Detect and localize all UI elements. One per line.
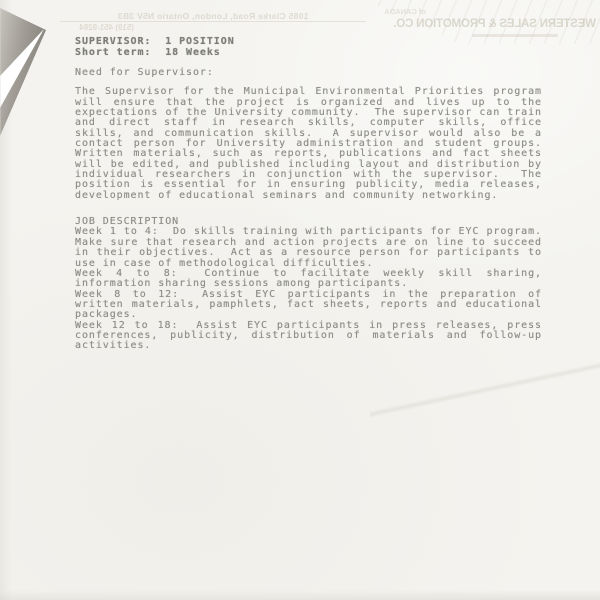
ghost-letterhead-phone: (519) 451-9284 [62,23,134,32]
ghost-letterhead-rule [60,21,366,22]
scanned-document-page: { "paper": { "background_color": "#f4f3e… [0,0,600,600]
ghost-letterhead-country: of CANADA [366,7,426,16]
need-for-supervisor-paragraph: The Supervisor for the Municipal Environ… [75,87,542,201]
typed-text-line: activities. [75,341,542,351]
typed-text-line: written materials, pamphlets, fact sheet… [75,300,542,310]
typed-text-line: information sharing sessions among parti… [75,279,542,289]
typed-document-body: SUPERVISOR: 1 POSITION Short term: 18 We… [75,36,542,352]
need-for-supervisor-heading: Need for Supervisor: [75,68,542,78]
ghost-letterhead-address: 1085 Clarke Road, London, Ontario N5V 3B… [60,11,366,21]
ghost-letterhead-company-name: WESTERN SALES & PROMOTION CO. [368,18,596,30]
position-title-line: SUPERVISOR: 1 POSITION [75,36,542,47]
typed-text-line: packages. [75,310,542,320]
job-description-paragraph: Week 1 to 4: Do skills training with par… [75,227,542,351]
typed-text-line: development of educational seminars and … [75,191,542,201]
typed-text-line: in their objectives. Act as a resource p… [75,248,542,258]
term-line: Short term: 18 Weeks [75,47,542,58]
